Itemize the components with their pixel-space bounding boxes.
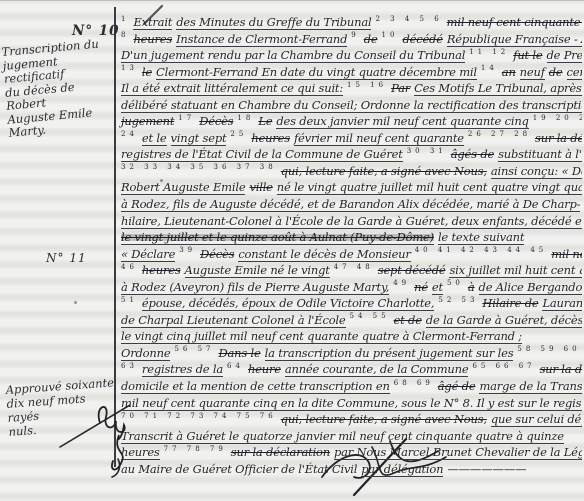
correction-numbers: 19 20 21 22 23 bbox=[533, 114, 582, 122]
correction-numbers: 14 bbox=[481, 64, 498, 72]
correction-numbers: 39 bbox=[179, 246, 196, 254]
manuscript-line: heures77 78 79sur la déclarationpar Nous… bbox=[119, 444, 582, 461]
text-segment: neuf bbox=[520, 65, 545, 80]
struck-text: âgé de bbox=[438, 379, 476, 393]
text-segment: de Charpal Lieutenant Colonel à l'École bbox=[121, 313, 346, 328]
manuscript-line: hilaire, Lieutenant-Colonel à l'École de… bbox=[119, 213, 582, 230]
struck-text: Décès bbox=[199, 114, 233, 128]
text-segment: Ces Motifs Le Tribunal, après en avoir bbox=[414, 81, 582, 96]
manuscript-line: Il a été extrait littéralement ce qui su… bbox=[119, 80, 582, 97]
text-segment: registres de la bbox=[142, 362, 223, 377]
correction-numbers: 47 48 bbox=[334, 263, 374, 271]
manuscript-line: 1Extraitdes Minutes du Greffe du Tribuna… bbox=[119, 14, 582, 31]
struck-text: âgés de bbox=[451, 147, 494, 161]
manuscript-line: registres de l'État Civil de la Commune … bbox=[119, 146, 582, 163]
correction-numbers: 25 bbox=[230, 130, 247, 138]
struck-text: jugement bbox=[121, 114, 174, 128]
struck-text: heures bbox=[133, 32, 172, 46]
struck-text: sept décédé bbox=[378, 263, 446, 277]
correction-numbers: 51 bbox=[121, 296, 138, 304]
correction-numbers: 32 33 34 35 36 37 38 bbox=[121, 163, 277, 171]
correction-numbers: 52 53 bbox=[438, 296, 478, 304]
struck-text: an bbox=[502, 65, 516, 79]
manuscript-line: Transcrit à Guéret le quatorze janvier m… bbox=[119, 428, 582, 445]
manuscript-line: 24et levingt sept25heuresfévrier mil neu… bbox=[119, 130, 582, 147]
struck-text: fut le bbox=[513, 48, 542, 62]
manuscript-line: à Rodez, fils de Auguste décédé, et de B… bbox=[119, 196, 582, 213]
correction-numbers: 77 78 79 bbox=[164, 445, 227, 453]
manuscript-line: 13leClermont-Ferrand En date du vingt qu… bbox=[119, 64, 582, 81]
struck-text: heure bbox=[248, 362, 281, 376]
correction-numbers: 17 bbox=[178, 114, 195, 122]
text-segment: substituant à l'ancien, dispositif bbox=[498, 147, 582, 162]
manuscript-line: « Déclare39Décèsconstant le décès de Mon… bbox=[119, 246, 582, 263]
struck-text: et de bbox=[394, 313, 422, 327]
text-segment: « Déclare bbox=[121, 247, 175, 262]
correction-numbers: 30 31 bbox=[407, 147, 447, 155]
text-segment: le vingt cinq juillet mil neuf cent quar… bbox=[121, 329, 522, 344]
struck-text: heures bbox=[142, 263, 181, 277]
struck-text: ville bbox=[249, 180, 272, 194]
text-segment: vingt sept bbox=[171, 131, 227, 146]
text-segment: que sur celui déposé au Greffe du Tribun… bbox=[491, 412, 582, 427]
text-segment: de Première instance de bbox=[547, 48, 583, 63]
correction-numbers: 46 bbox=[121, 263, 138, 271]
text-segment: Extrait bbox=[133, 15, 172, 30]
text-segment: marge de la Transcription faite le neuf … bbox=[479, 379, 582, 394]
correction-numbers: 9 bbox=[351, 31, 359, 39]
text-segment: à Rodez, fils de Auguste décédé, et de B… bbox=[121, 197, 580, 212]
manuscript-line: 32 33 34 35 36 37 38qui, lecture faite, … bbox=[119, 163, 582, 180]
manuscript-line: 46heuresAuguste Emile né le vingt47 48se… bbox=[119, 262, 582, 279]
manuscript-line: jugement17Décès18Ledes deux janvier mil … bbox=[119, 113, 582, 130]
manuscript-line: au Maire de Guéret Officier de l'État Ci… bbox=[119, 461, 582, 478]
correction-numbers: 24 bbox=[121, 130, 138, 138]
manuscript-line: mil neuf cent quarante cinq en la dite C… bbox=[119, 395, 582, 412]
correction-numbers: 8 bbox=[121, 31, 129, 39]
text-segment: République Française - Au nom du Peuple … bbox=[447, 32, 582, 47]
correction-numbers: 15 16 bbox=[347, 81, 387, 89]
manuscript-line: 70 71 72 73 74 75 76qui, lecture faite, … bbox=[119, 411, 582, 428]
text-segment: D'un jugement rendu par la Chambre du Co… bbox=[121, 48, 465, 63]
correction-numbers: 58 59 60 61 62 bbox=[517, 345, 582, 353]
manuscript-line: 63registres de la64heureannée courante, … bbox=[119, 361, 582, 378]
struck-text: qui, lecture faite, a signé avec Nous, bbox=[281, 412, 487, 426]
text-segment: Ordonne bbox=[121, 346, 170, 361]
manuscript-line: délibéré statuant en Chambre du Conseil;… bbox=[119, 97, 582, 114]
text-segment: Clermont-Ferrand En date du vingt quatre… bbox=[156, 65, 477, 80]
text-segment: et bbox=[432, 280, 443, 295]
struck-text: de bbox=[364, 32, 378, 46]
text-segment: de Alice Bergandon son bbox=[479, 280, 582, 295]
text-segment: ainsi conçu: « Déclare constant le décès… bbox=[491, 164, 582, 179]
text-segment: par délégation bbox=[361, 462, 443, 477]
struck-text: sur la déclaration bbox=[535, 131, 582, 145]
manuscript-body: 1Extraitdes Minutes du Greffe du Tribuna… bbox=[119, 14, 582, 477]
text-segment: au Maire de Guéret Officier de l'État Ci… bbox=[121, 462, 357, 476]
manuscript-line: 8heuresInstance de Clermont-Ferrand9de10… bbox=[119, 31, 582, 48]
correction-numbers: 65 66 67 bbox=[472, 362, 535, 370]
text-segment: domicile et la mention de cette transcri… bbox=[121, 379, 390, 394]
struck-text: mil neuf cent cinquante quatre, à bbox=[551, 247, 582, 261]
text-segment: de la Garde à Guéret, décès survenu bbox=[426, 313, 582, 328]
text-segment: ——————— bbox=[447, 462, 526, 476]
text-segment: registres de l'État Civil de la Commune … bbox=[121, 147, 403, 162]
text-segment: Instance de Clermont-Ferrand bbox=[176, 32, 347, 47]
manuscript-line: D'un jugement rendu par la Chambre du Co… bbox=[119, 47, 582, 64]
text-segment: cent cinquante trois bbox=[567, 65, 582, 80]
text-segment: heures bbox=[121, 445, 160, 460]
correction-numbers: 68 69 bbox=[394, 379, 434, 387]
struck-text: né bbox=[414, 280, 428, 294]
correction-numbers: 70 71 72 73 74 75 76 bbox=[121, 412, 277, 420]
struck-text: Décès bbox=[200, 247, 234, 261]
text-segment: Transcrit à Guéret le quatorze janvier m… bbox=[121, 429, 564, 444]
struck-text: Par bbox=[391, 81, 410, 95]
struck-text: heures bbox=[251, 131, 290, 145]
text-segment: Il a été extrait littéralement ce qui su… bbox=[121, 81, 343, 96]
text-segment: délibéré statuant en Chambre du Conseil;… bbox=[121, 98, 582, 113]
struck-text: qui, lecture faite, a signé avec Nous, bbox=[281, 164, 487, 178]
text-segment: Auguste Emile né le vingt bbox=[185, 263, 330, 278]
text-segment: mil neuf cent quarante cinq en la dite C… bbox=[121, 396, 582, 411]
struck-text: sur la déclaration bbox=[540, 362, 582, 376]
text-segment: à Rodez (Aveyron) fils de Pierre Auguste… bbox=[121, 280, 389, 295]
correction-numbers: 13 bbox=[121, 64, 138, 72]
correction-numbers: 11 12 bbox=[469, 48, 509, 56]
text-segment: le texte suivant bbox=[438, 230, 524, 245]
struck-text: le vingt juillet et le quinze août à Aul… bbox=[121, 230, 434, 245]
struck-text: mil neuf cent cinquante quatre, bbox=[447, 15, 582, 29]
text-segment: des Minutes du Greffe du Tribunal bbox=[176, 15, 371, 30]
scan-speck bbox=[74, 301, 77, 304]
manuscript-line: le vingt juillet et le quinze août à Aul… bbox=[119, 229, 582, 246]
text-segment: Laurans Montes bbox=[542, 296, 582, 311]
text-segment: constant le décès de Monsieur bbox=[238, 247, 410, 262]
margin-title-note: Transcription du jugement rectificatif d… bbox=[1, 36, 121, 140]
struck-text: Le bbox=[258, 114, 272, 128]
manuscript-line: domicile et la mention de cette transcri… bbox=[119, 378, 582, 395]
text-segment: des deux janvier mil neuf cent quarante … bbox=[276, 114, 528, 129]
text-segment: et le bbox=[142, 131, 167, 146]
correction-numbers: 1 bbox=[121, 15, 129, 23]
manuscript-line: Ordonne56 57Dans lela transcription du p… bbox=[119, 345, 582, 362]
act-number-mid: N° 11 bbox=[46, 251, 87, 265]
text-segment: hilaire, Lieutenant-Colonel à l'École de… bbox=[121, 214, 582, 229]
text-segment: année courante, de la Commune bbox=[285, 362, 469, 377]
manuscript-line: à Rodez (Aveyron) fils de Pierre Auguste… bbox=[119, 279, 582, 296]
manuscript-line: le vingt cinq juillet mil neuf cent quar… bbox=[119, 328, 582, 345]
correction-numbers: 10 bbox=[382, 31, 399, 39]
correction-numbers: 26 27 28 bbox=[468, 130, 531, 138]
text-segment: Robert Auguste Emile bbox=[121, 180, 245, 195]
struck-text: le bbox=[142, 65, 152, 79]
correction-numbers: 50 bbox=[447, 279, 464, 287]
text-segment: février mil neuf cent quarante bbox=[294, 131, 464, 146]
manuscript-line: de Charpal Lieutenant Colonel à l'École5… bbox=[119, 312, 582, 329]
struck-text: à bbox=[468, 280, 475, 294]
text-segment: six juillet mil huit cent quatre vingt q… bbox=[449, 263, 582, 278]
correction-numbers: 18 bbox=[237, 114, 254, 122]
manuscript-line: 51épouse, décédés, époux de Odile Victoi… bbox=[119, 295, 582, 312]
text-segment: né le vingt quatre juillet mil huit cent… bbox=[277, 180, 582, 195]
correction-numbers: 40 41 42 43 44 45 bbox=[415, 246, 548, 254]
struck-text: sur la déclaration bbox=[231, 445, 330, 459]
struck-text: de bbox=[549, 65, 563, 79]
text-segment: par Nous Marcel Brunet Chevalier de la L… bbox=[334, 445, 582, 460]
text-segment: la transcription du présent jugement sur… bbox=[265, 346, 514, 361]
struck-text: Dans le bbox=[218, 346, 260, 360]
correction-numbers: 49 bbox=[393, 279, 410, 287]
struck-text: décédé bbox=[402, 32, 442, 46]
correction-numbers: 2 3 4 5 6 bbox=[375, 15, 442, 23]
struck-text: Hilaire de bbox=[482, 296, 538, 310]
scanned-register-page: N° 10 Transcription du jugement rectific… bbox=[0, 0, 584, 501]
text-segment: épouse, décédés, époux de Odile Victoire… bbox=[142, 296, 434, 311]
correction-numbers: 54 55 bbox=[350, 312, 390, 320]
correction-numbers: 63 bbox=[121, 362, 138, 370]
manuscript-line: Robert Auguste Emilevillené le vingt qua… bbox=[119, 179, 582, 196]
correction-numbers: 64 bbox=[227, 362, 244, 370]
correction-numbers: 56 57 bbox=[174, 345, 214, 353]
